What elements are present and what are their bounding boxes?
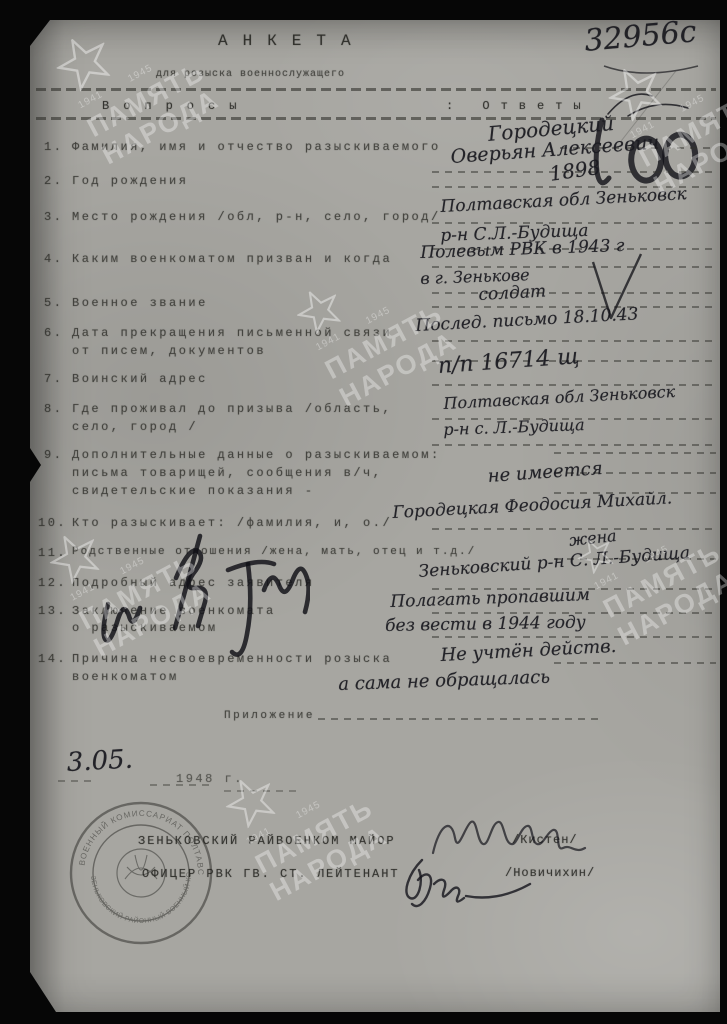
- column-header-answers: : Ответы: [446, 99, 592, 113]
- dashed-line: [554, 662, 716, 664]
- question-number: 7.: [44, 372, 63, 386]
- question-number: 6.: [44, 326, 63, 340]
- scanned-document-page: АНКЕТА 32956с для розыска военнослужащег…: [0, 0, 727, 1024]
- question-text: Дополнительные данные о разыскиваемом:: [72, 448, 441, 462]
- question-text: от писем, документов: [72, 344, 266, 358]
- question-number: 10.: [38, 516, 67, 530]
- question-number: 14.: [38, 652, 67, 666]
- question-number: 13.: [38, 604, 67, 618]
- form-title: АНКЕТА: [218, 32, 366, 50]
- question-number: 1.: [44, 140, 63, 154]
- pen-checkmark: [585, 248, 655, 328]
- dashed-line: [432, 444, 716, 446]
- dashed-line: [554, 452, 716, 454]
- question-number: 5.: [44, 296, 63, 310]
- question-text: свидетельские показания -: [72, 484, 315, 498]
- dashed-line: [432, 292, 716, 294]
- question-text: Каким военкоматом призван и когда: [72, 252, 392, 266]
- answer-text: солдат: [478, 281, 547, 305]
- dashed-line: [432, 340, 716, 342]
- question-number: 2.: [44, 174, 63, 188]
- question-number: 3.: [44, 210, 63, 224]
- question-text: село, город /: [72, 420, 198, 434]
- question-number: 4.: [44, 252, 63, 266]
- question-text: Год рождения: [72, 174, 188, 188]
- question-text: Воинский адрес: [72, 372, 208, 386]
- question-text: Место рождения /обл, р-н, село, город/: [72, 210, 441, 224]
- dashed-line: [58, 780, 94, 782]
- answer-text: без вести в 1944 году: [385, 613, 586, 636]
- question-text: письма товарищей, сообщения в/ч,: [72, 466, 382, 480]
- dashed-line: [318, 718, 598, 720]
- date-handwritten: 3.05.: [66, 745, 134, 778]
- question-number: 9.: [44, 448, 63, 462]
- signature-officer: [388, 852, 548, 914]
- question-number: 8.: [44, 402, 63, 416]
- attachment-label: Приложение: [224, 710, 315, 722]
- question-text: Военное звание: [72, 296, 208, 310]
